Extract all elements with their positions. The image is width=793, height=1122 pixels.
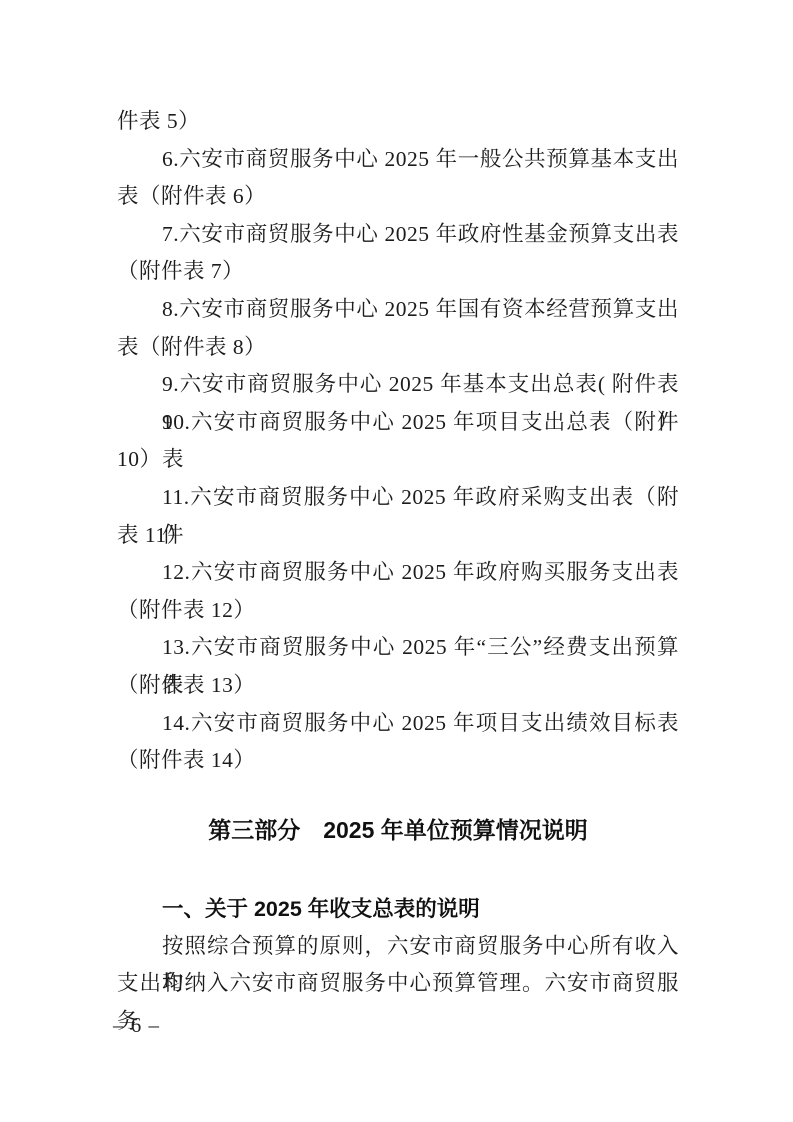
- section-heading: 第三部分 2025 年单位预算情况说明: [117, 811, 679, 849]
- attachment-table-list: 件表 5） 6.六安市商贸服务中心 2025 年一般公共预算基本支出 表（附件表…: [117, 103, 679, 780]
- attachment-list-line: 9.六安市商贸服务中心 2025 年基本支出总表( 附件表 9）: [117, 366, 679, 404]
- attachment-list-line: （附件表 13）: [117, 667, 679, 705]
- attachment-list-line: 10.六安市商贸服务中心 2025 年项目支出总表（附件表: [117, 404, 679, 442]
- paragraph-line: 支出均纳入六安市商贸服务中心预算管理。六安市商贸服务: [117, 965, 679, 1003]
- attachment-list-line: 8.六安市商贸服务中心 2025 年国有资本经营预算支出: [117, 291, 679, 329]
- attachment-list-line: 6.六安市商贸服务中心 2025 年一般公共预算基本支出: [117, 141, 679, 179]
- document-page: 件表 5） 6.六安市商贸服务中心 2025 年一般公共预算基本支出 表（附件表…: [0, 0, 793, 1122]
- attachment-list-line: 7.六安市商贸服务中心 2025 年政府性基金预算支出表: [117, 216, 679, 254]
- attachment-list-line: 件表 5）: [117, 103, 679, 141]
- subsection-heading: 一、关于 2025 年收支总表的说明: [117, 890, 679, 928]
- attachment-list-line: （附件表 14）: [117, 742, 679, 780]
- attachment-list-line: （附件表 7）: [117, 253, 679, 291]
- attachment-list-line: 表（附件表 6）: [117, 178, 679, 216]
- attachment-list-line: 表（附件表 8）: [117, 329, 679, 367]
- attachment-list-line: 13.六安市商贸服务中心 2025 年“三公”经费支出预算表: [117, 629, 679, 667]
- attachment-list-line: 10）: [117, 441, 679, 479]
- paragraph-line: 按照综合预算的原则，六安市商贸服务中心所有收入和: [117, 928, 679, 966]
- attachment-list-line: （附件表 12）: [117, 592, 679, 630]
- page-content: 件表 5） 6.六安市商贸服务中心 2025 年一般公共预算基本支出 表（附件表…: [117, 103, 679, 1003]
- page-number: – 6 –: [113, 1012, 160, 1038]
- attachment-list-line: 11.六安市商贸服务中心 2025 年政府采购支出表（附件: [117, 479, 679, 517]
- attachment-list-line: 表 11）: [117, 517, 679, 555]
- attachment-list-line: 14.六安市商贸服务中心 2025 年项目支出绩效目标表: [117, 705, 679, 743]
- attachment-list-line: 12.六安市商贸服务中心 2025 年政府购买服务支出表: [117, 554, 679, 592]
- explanation-paragraph: 按照综合预算的原则，六安市商贸服务中心所有收入和 支出均纳入六安市商贸服务中心预…: [117, 928, 679, 1003]
